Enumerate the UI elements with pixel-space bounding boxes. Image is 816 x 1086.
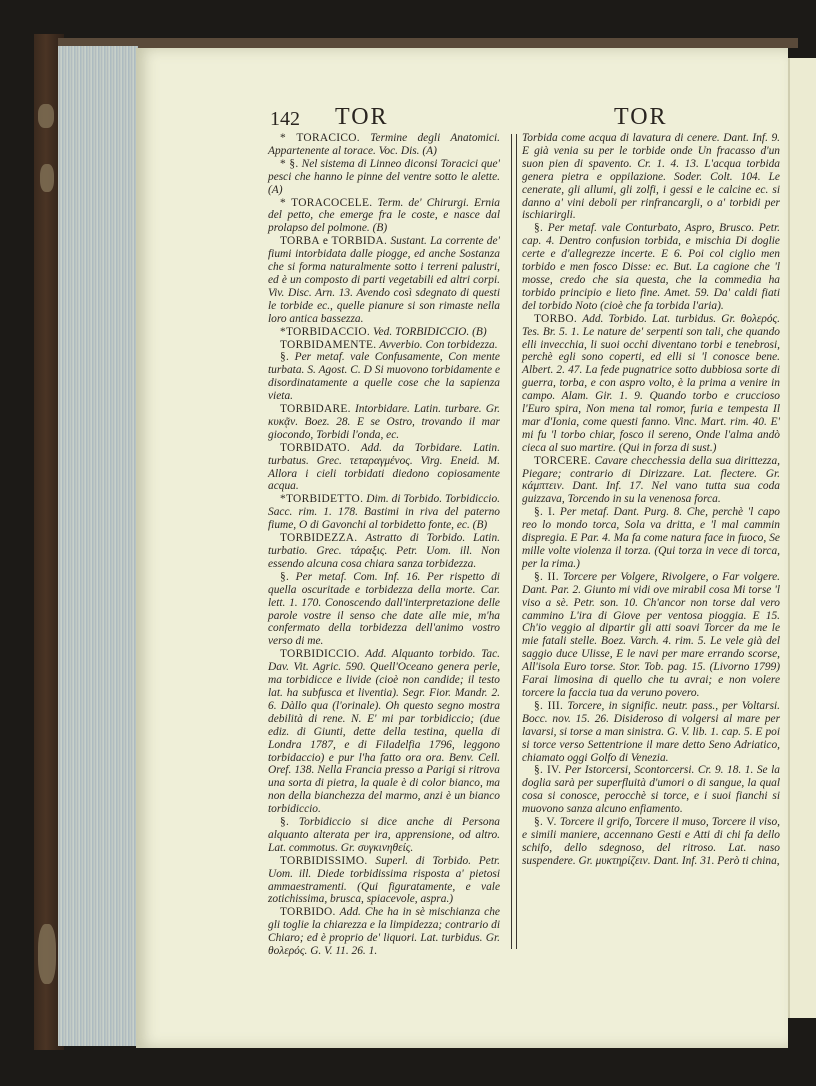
dictionary-entry: * TORACICO. Termine degli Anatomici. App… [268,132,500,158]
dictionary-entry: TORBIDICCIO. Add. Alquanto torbido. Tac.… [268,648,500,816]
entry-headword: §. II. [534,571,559,583]
entry-headword: §. IV. [534,764,561,776]
dictionary-entry: §. Per metaf. Com. Inf. 16. Per rispetto… [268,571,500,648]
entry-headword: §. [280,351,289,363]
entry-definition: Torcere il grifo, Torcere il muso, Torce… [522,816,780,867]
entry-headword: §. [280,816,289,828]
dictionary-entry: §. I. Per metaf. Dant. Purg. 8. Che, per… [522,506,780,571]
entry-headword: §. III. [534,700,563,712]
dictionary-entry: TORBIDISSIMO. Superl. di Torbido. Petr. … [268,855,500,907]
dictionary-entry: TORCERE. Cavare checchessia della sua di… [522,455,780,507]
left-column: * TORACICO. Termine degli Anatomici. App… [268,132,500,958]
entry-headword: §. [534,222,543,234]
dictionary-entry: * §. Nel sistema di Linneo diconsi Torac… [268,158,500,197]
dictionary-entry: §. Per metaf. vale Conturbato, Aspro, Br… [522,222,780,312]
entry-headword: *TORBIDACCIO. [280,326,370,338]
entry-headword: §. V. [534,816,557,828]
dictionary-entry: TORBIDATO. Add. da Torbidare. Latin. tur… [268,442,500,494]
entry-headword: TORBIDISSIMO. [280,855,368,867]
entry-headword: §. I. [534,506,555,518]
page-block-edges [58,46,138,1046]
entry-headword: *TORBIDETTO. [280,493,363,505]
dictionary-entry: §. Per metaf. vale Confusamente, Con men… [268,351,500,403]
column-divider [511,134,517,949]
dictionary-entry: §. IV. Per Istorcersi, Scontorcersi. Cr.… [522,764,780,816]
entry-headword: TORCERE. [534,455,591,467]
dictionary-entry: §. V. Torcere il grifo, Torcere il muso,… [522,816,780,868]
right-column: Torbida come acqua di lavatura di cenere… [522,132,780,868]
entry-headword: §. [280,571,289,583]
entry-headword: TORBIDARE. [280,403,351,415]
dictionary-entry: * TORACOCELE. Term. de' Chirurgi. Ernia … [268,197,500,236]
entry-definition: Add. Alquanto torbido. Tac. Dav. Vit. Ag… [268,648,500,815]
dictionary-entry: Torbida come acqua di lavatura di cenere… [522,132,780,222]
entry-headword: TORBIDATO. [280,442,350,454]
entry-headword: TORBIDEZZA. [280,532,357,544]
entry-headword: TORBIDAMENTE. [280,339,376,351]
dictionary-entry: TORBIDARE. Intorbidare. Latin. turbare. … [268,403,500,442]
entry-definition: Per Istorcersi, Scontorcersi. Cr. 9. 18.… [522,764,780,815]
dictionary-entry: TORBIDO. Add. Che ha in sè mischianza ch… [268,906,500,958]
dictionary-entry: *TORBIDETTO. Dim. di Torbido. Torbidicci… [268,493,500,532]
dictionary-entry: §. Torbidiccio si dice anche di Persona … [268,816,500,855]
entry-headword: * TORACICO. [280,132,360,144]
facing-page-edge [788,58,816,1018]
cover-wear-spot [38,924,56,984]
entry-headword: TORBA e TORBIDA. [280,235,387,247]
dictionary-entry: TORBIDAMENTE. Avverbio. Con torbidezza. [268,339,500,352]
entry-headword: TORBIDICCIO. [280,648,360,660]
dictionary-entry: TORBO. Add. Torbido. Lat. turbidus. Gr. … [522,313,780,455]
entry-headword: TORBO. [534,313,577,325]
entry-headword: TORBIDO. [280,906,336,918]
running-head-left: TOR [335,104,389,131]
entry-headword: * §. [280,158,299,170]
entry-definition: Ved. TORBIDICCIO. (B) [373,326,487,338]
dictionary-entry: §. II. Torcere per Volgere, Rivolgere, o… [522,571,780,700]
entry-definition: Per metaf. Com. Inf. 16. Per rispetto di… [268,571,500,648]
dictionary-entry: TORBIDEZZA. Astratto di Torbido. Latin. … [268,532,500,571]
entry-definition: Per metaf. vale Confusamente, Con mente … [268,351,500,402]
cover-wear-spot [38,104,54,128]
page-number: 142 [270,108,300,131]
entry-definition: Torbida come acqua di lavatura di cenere… [522,132,780,221]
entry-definition: Torcere per Volgere, Rivolgere, o Far vo… [522,571,780,699]
entry-headword: * TORACOCELE. [280,197,372,209]
dictionary-entry: *TORBIDACCIO. Ved. TORBIDICCIO. (B) [268,326,500,339]
entry-definition: Nel sistema di Linneo diconsi Toracici q… [268,158,500,196]
entry-definition: Sustant. La corrente de' fiumi intorbida… [268,235,500,324]
entry-definition: Avverbio. Con torbidezza. [379,339,497,351]
dictionary-entry: §. III. Torcere, in signific. neutr. pas… [522,700,780,765]
running-head-right: TOR [614,104,668,131]
entry-definition: Add. Torbido. Lat. turbidus. Gr. θολερός… [522,313,780,454]
entry-definition: Per metaf. Dant. Purg. 8. Che, perchè 'l… [522,506,780,570]
entry-definition: Per metaf. vale Conturbato, Aspro, Brusc… [522,222,780,311]
dictionary-entry: TORBA e TORBIDA. Sustant. La corrente de… [268,235,500,325]
book-top-edge [58,38,798,48]
cover-wear-spot [40,164,54,192]
entry-definition: Torbidiccio si dice anche di Persona alq… [268,816,500,854]
